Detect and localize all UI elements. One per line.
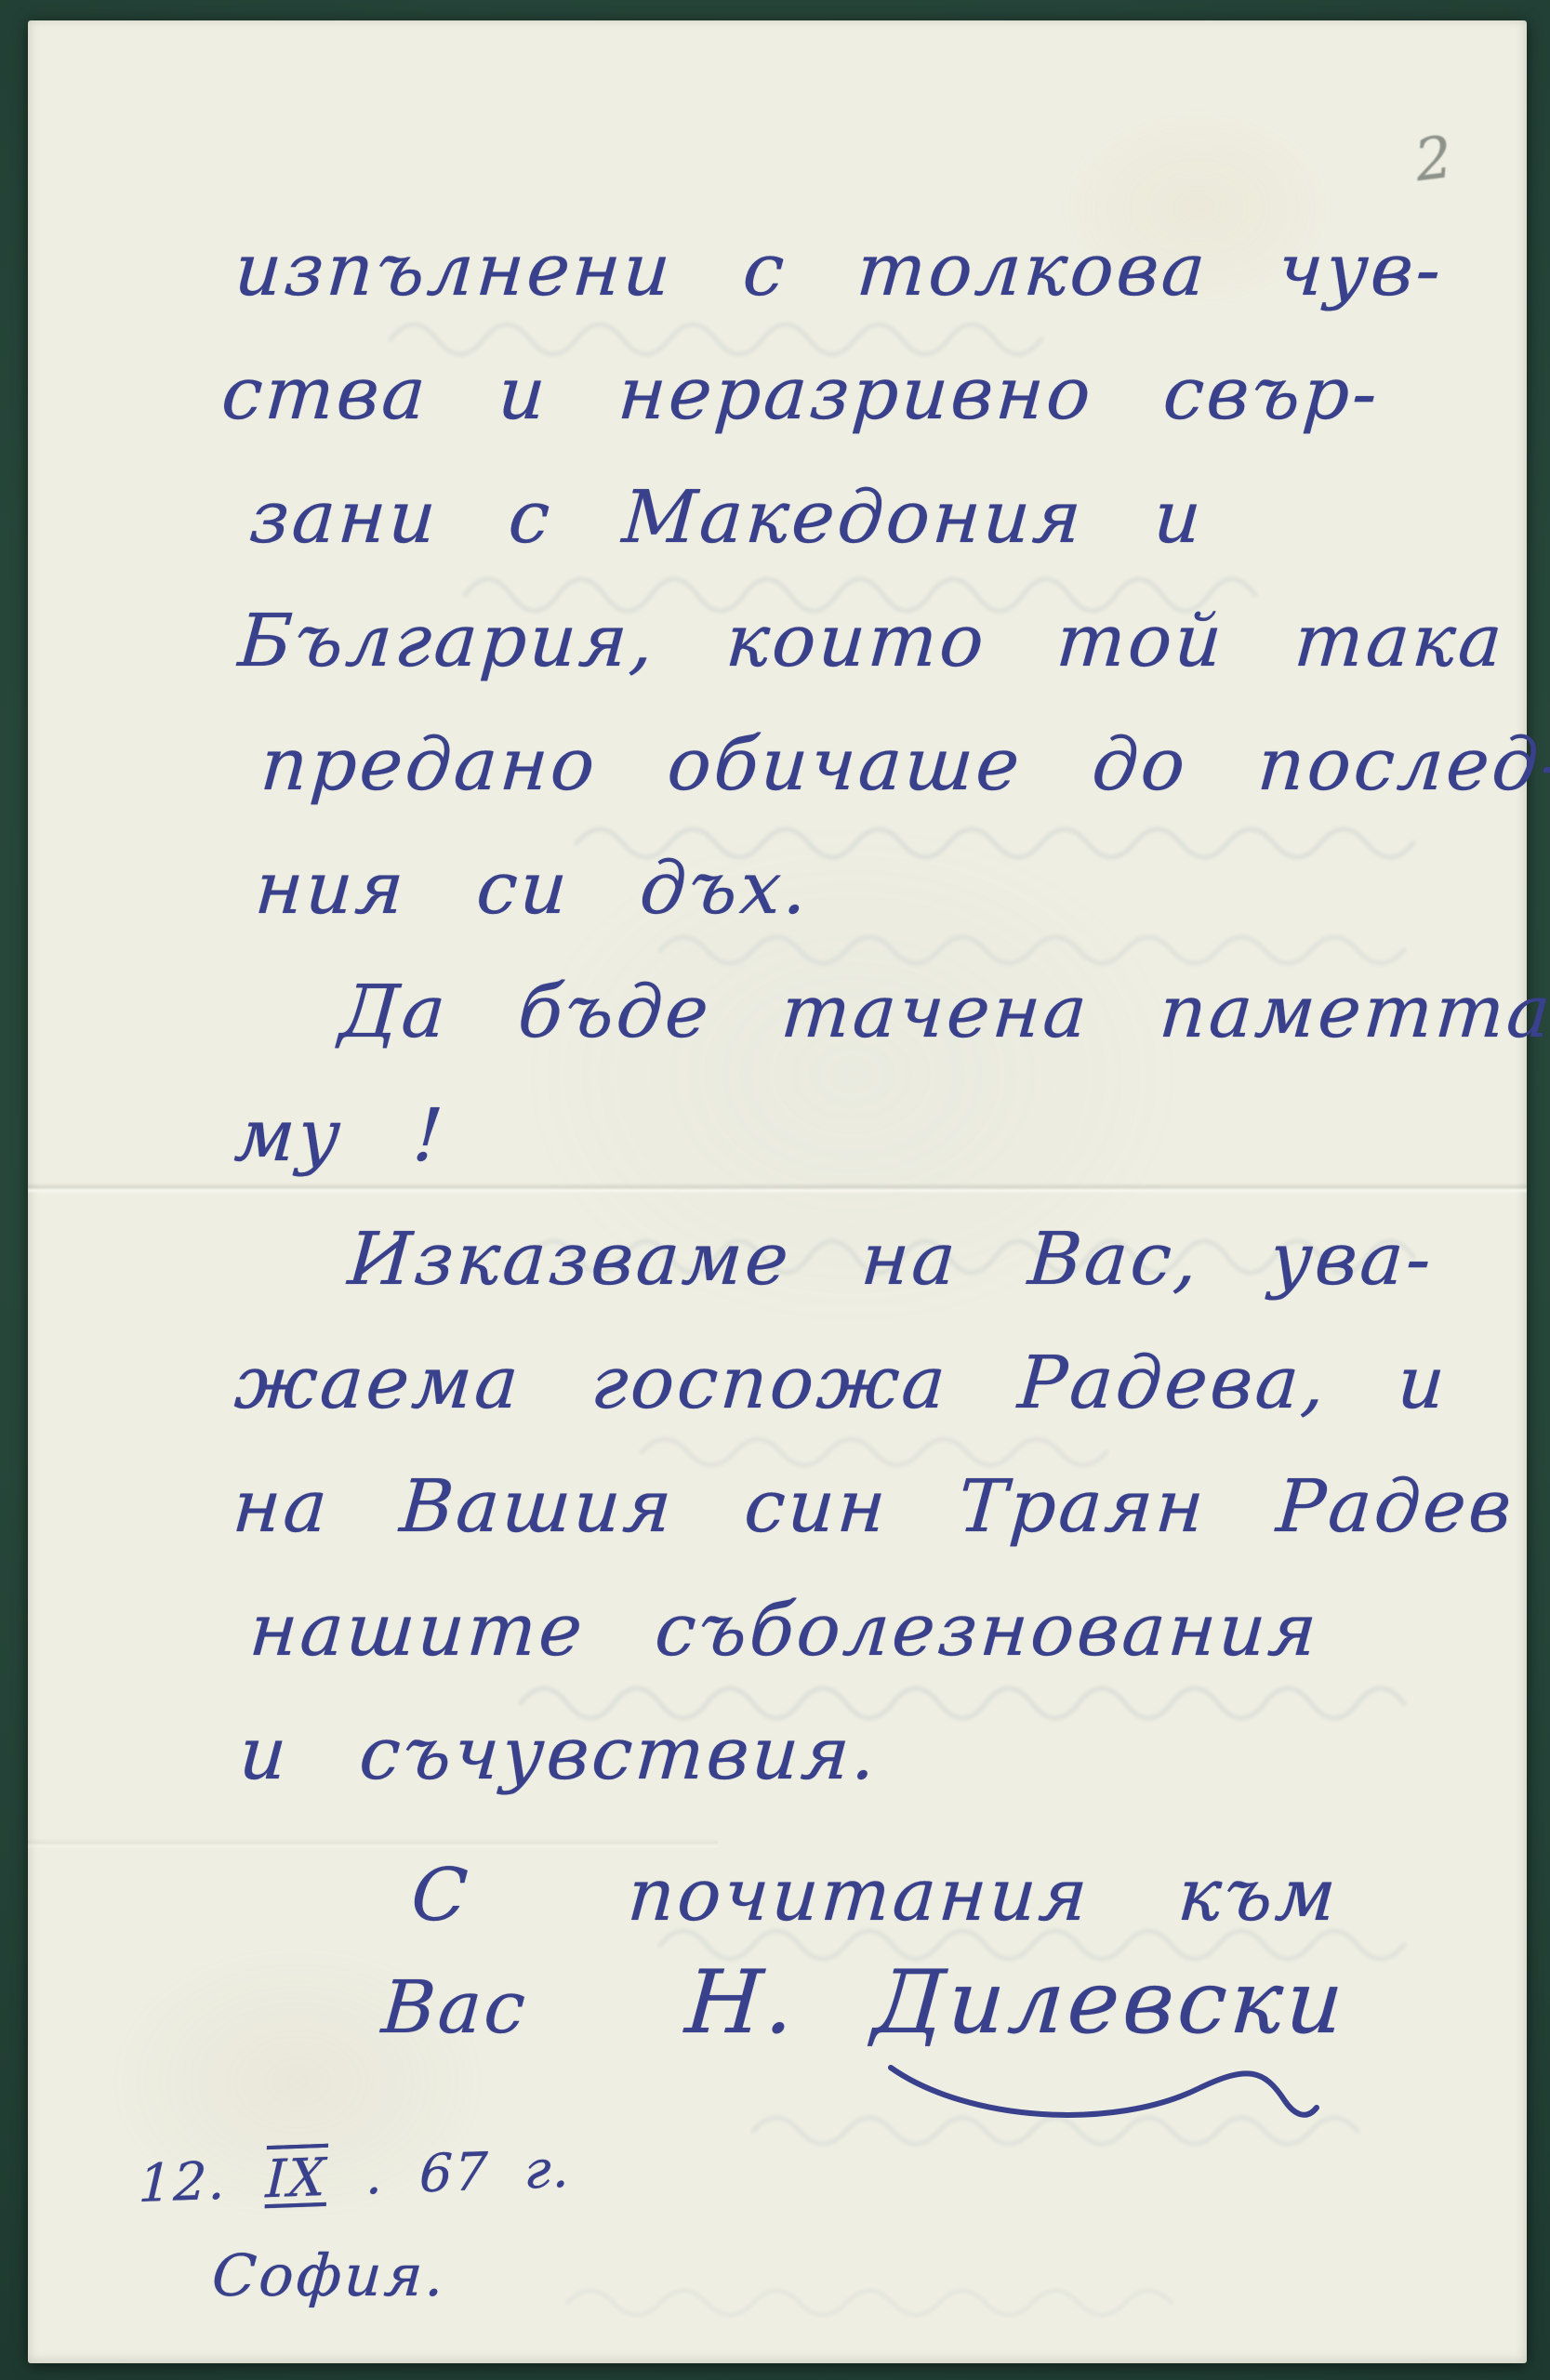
closing-word: Вас	[379, 1972, 530, 2044]
letter-line: изпълнени с толкова чув-	[232, 234, 1446, 307]
signature-flourish	[883, 2040, 1330, 2142]
closing-word: почитания	[626, 1859, 1093, 1932]
date-day: 12.	[138, 2151, 228, 2215]
scan-background: { "letter": { "page_number": "2", "body_…	[0, 0, 1550, 2380]
closing-salutation: С почитания към	[409, 1859, 1341, 1932]
letter-page: 2 изпълнени с толкова чув- ства и неразр…	[28, 20, 1527, 2363]
signature-name: Н. Дилевски	[683, 1960, 1350, 2047]
letter-line: зани с Македония и	[247, 482, 1206, 554]
letter-line: на Вашия син Траян Радев	[231, 1471, 1517, 1543]
closing-word: С	[409, 1859, 472, 1932]
closing-word: към	[1175, 1859, 1341, 1932]
letter-line: Да бъде тачена паметта	[338, 976, 1550, 1049]
letter-line: Изказваме на Вас, ува-	[346, 1223, 1436, 1296]
fold-crease	[28, 1838, 718, 1849]
letter-line: ства и неразривно свър-	[219, 358, 1382, 430]
page-number: 2	[1411, 123, 1456, 194]
letter-line: нашите съболезнования	[247, 1594, 1321, 1667]
letter-line: ния си дъх.	[253, 853, 812, 925]
place-line: София.	[210, 2247, 448, 2305]
letter-line: му !	[232, 1100, 448, 1172]
date-year: . 67 г.	[364, 2139, 572, 2207]
letter-line: и съчувствия.	[237, 1718, 881, 1791]
date-line: 12. IX . 67 г.	[138, 2144, 572, 2211]
fold-crease	[28, 1183, 1527, 1194]
letter-line: България, които той така	[236, 605, 1507, 678]
date-month-roman: IX	[261, 2148, 332, 2211]
signature-line: Вас Н. Дилевски	[379, 1960, 1349, 2047]
letter-line: жаема госпожа Радева, и	[232, 1347, 1450, 1420]
letter-line: предано обичаше до послед-	[258, 729, 1550, 801]
